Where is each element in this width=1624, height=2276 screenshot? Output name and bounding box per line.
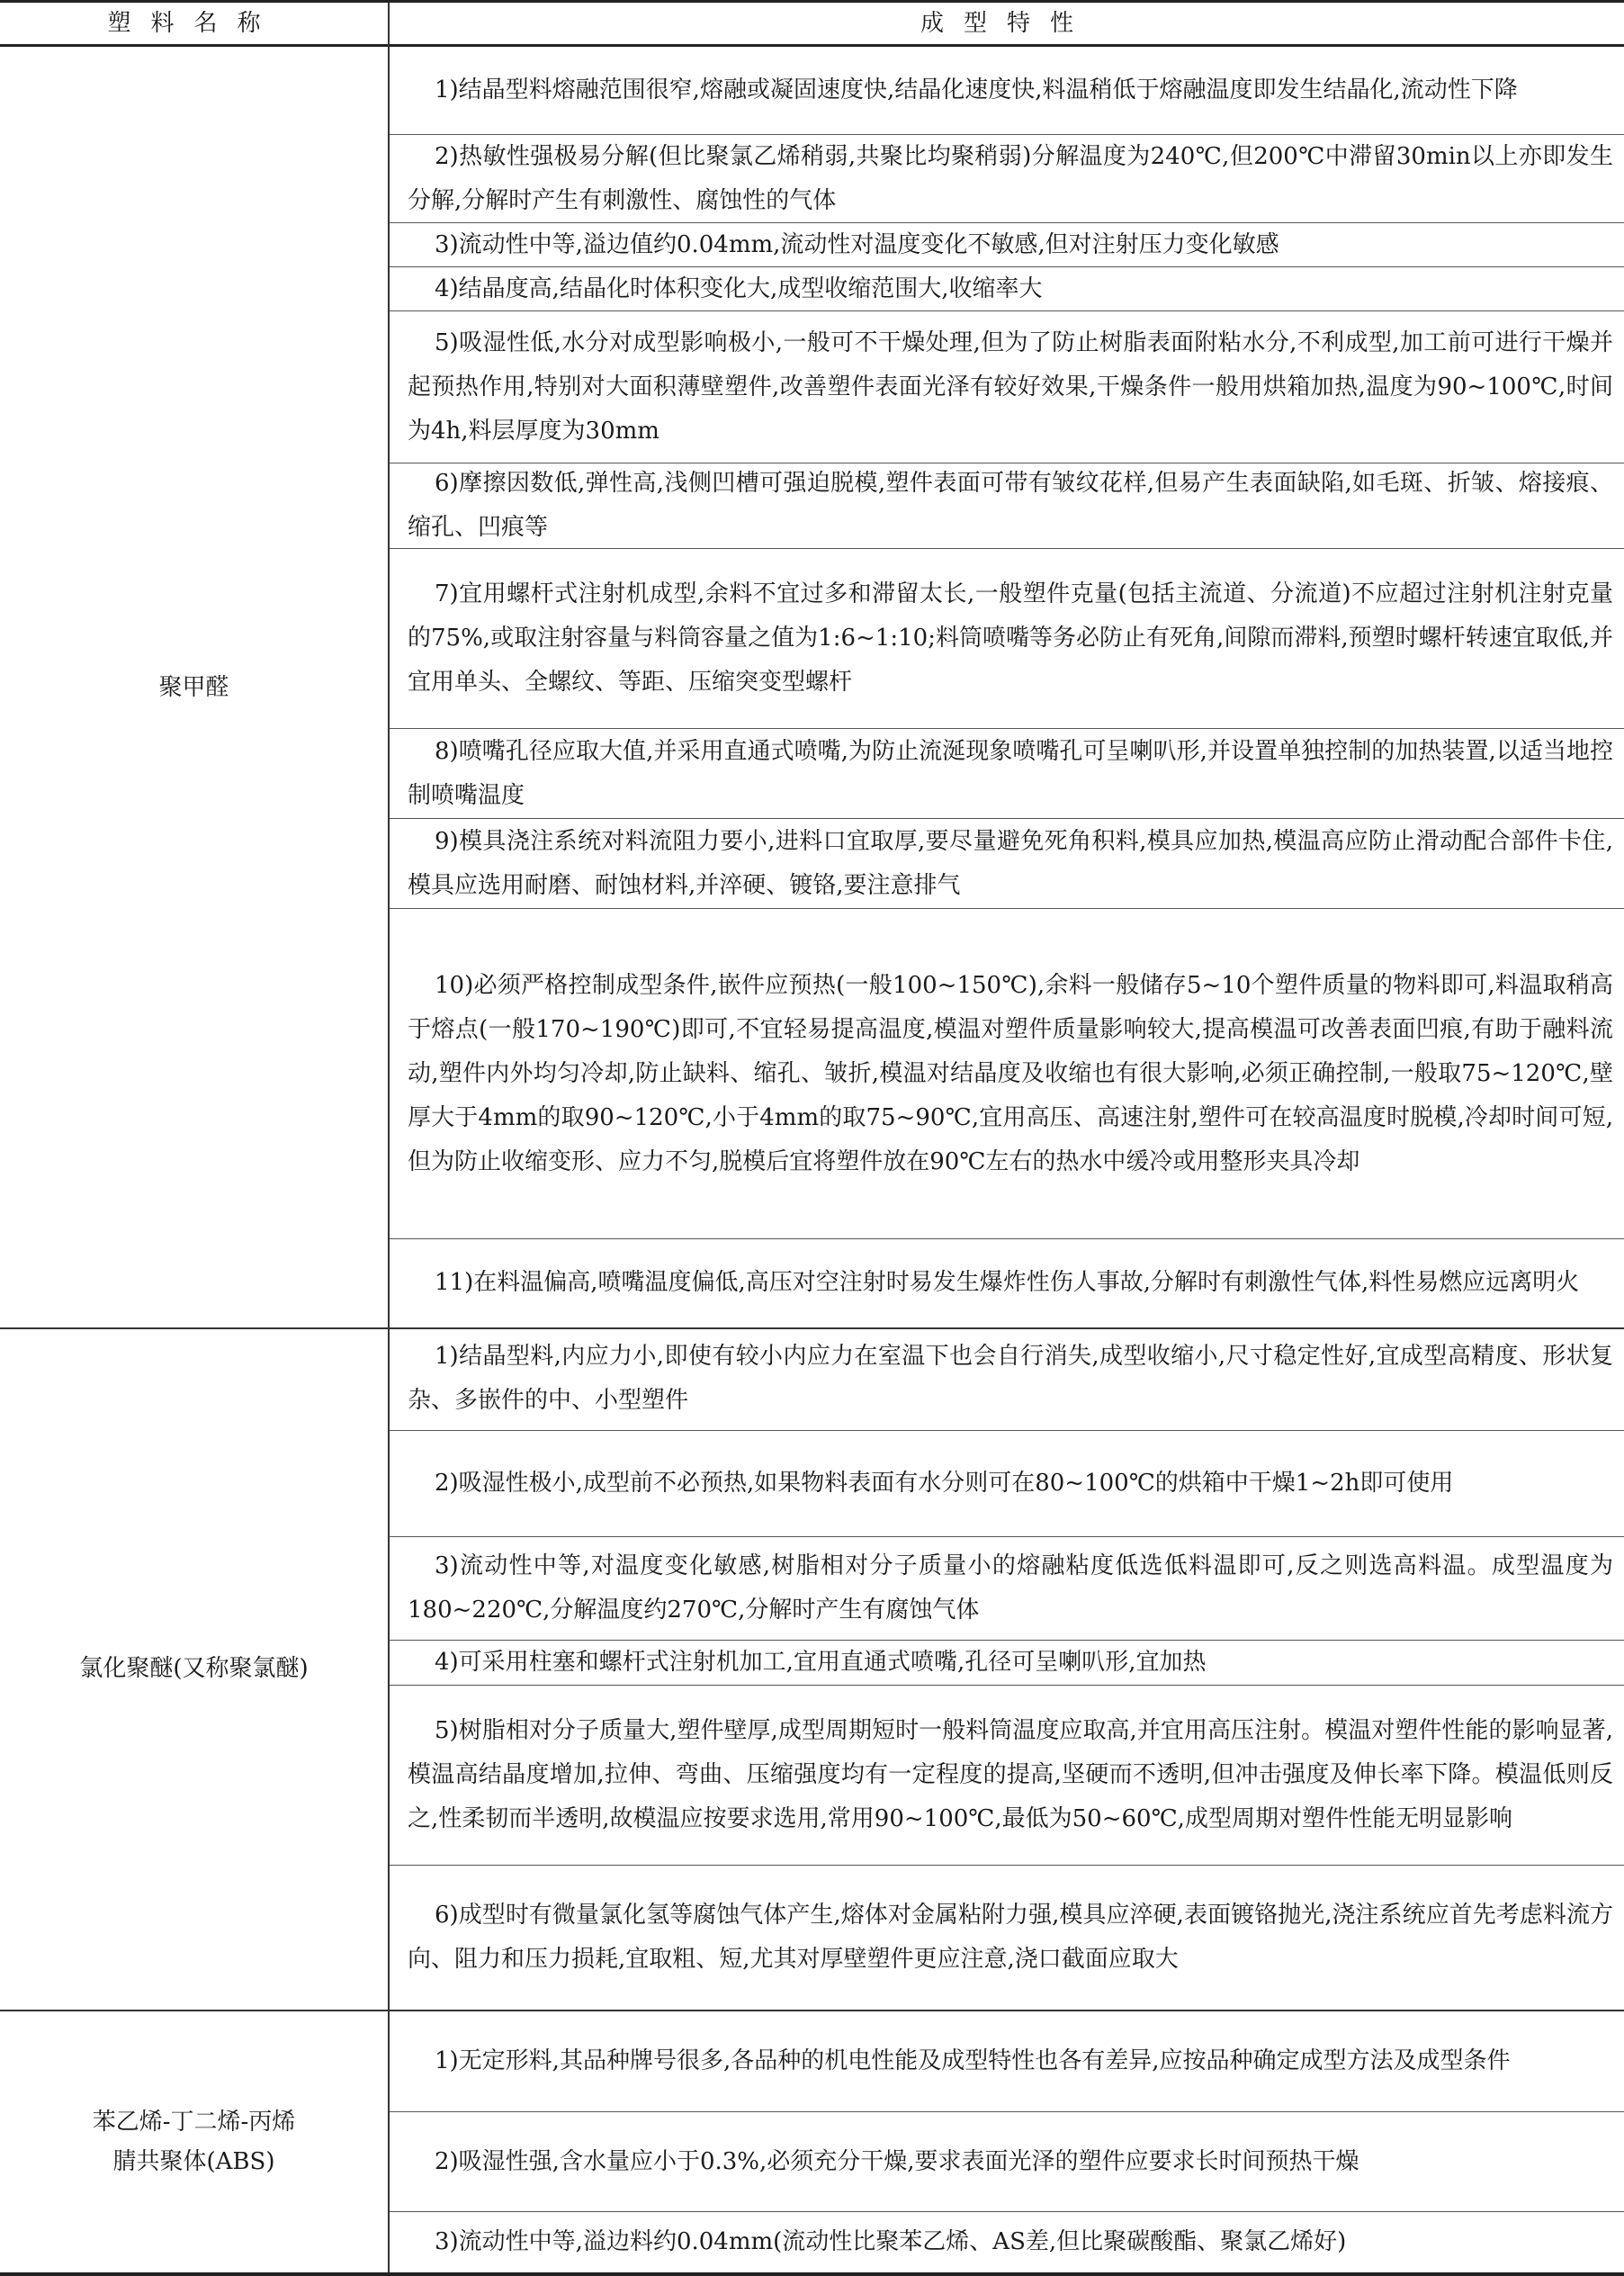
header-molding-properties: 成型特性 (390, 3, 1624, 44)
property-text: 10)必须严格控制成型条件,嵌件应预热(一般100~150℃),余料一般储存5~… (390, 964, 1624, 1184)
table-row: 3)流动性中等,溢边料约0.04mm(流动性比聚苯乙烯、AS差,但比聚碳酸酯、聚… (390, 2212, 1624, 2272)
group-chlorinated-polyether: 氯化聚醚(又称聚氯醚) 1)结晶型料,内应力小,即使有较小内应力在室温下也会自行… (0, 1327, 1624, 2011)
group-polyoxymethylene: 聚甲醛 1)结晶型料熔融范围很窄,熔融或凝固速度快,结晶化速度快,料温稍低于熔融… (0, 47, 1624, 1329)
property-text: 4)可采用柱塞和螺杆式注射机加工,宜用直通式喷嘴,孔径可呈喇叭形,宜加热 (390, 1641, 1624, 1685)
table-row: 10)必须严格控制成型条件,嵌件应预热(一般100~150℃),余料一般储存5~… (390, 909, 1624, 1239)
table-row: 3)流动性中等,对温度变化敏感,树脂相对分子质量小的熔融粘度低选低料温即可,反之… (390, 1537, 1624, 1641)
table-row: 4)可采用柱塞和螺杆式注射机加工,宜用直通式喷嘴,孔径可呈喇叭形,宜加热 (390, 1641, 1624, 1686)
property-text: 2)吸湿性强,含水量应小于0.3%,必须充分干燥,要求表面光泽的塑件应要求长时间… (390, 2140, 1624, 2184)
plastic-name-line-2: 腈共聚体(ABS) (93, 2142, 296, 2182)
table-row: 6)成型时有微量氯化氢等腐蚀气体产生,熔体对金属粘附力强,模具应淬硬,表面镀铬抛… (390, 1866, 1624, 2010)
table-header: 塑料名称 成型特性 (0, 3, 1624, 47)
table-row: 2)吸湿性强,含水量应小于0.3%,必须充分干燥,要求表面光泽的塑件应要求长时间… (390, 2112, 1624, 2212)
property-text: 1)结晶型料,内应力小,即使有较小内应力在室温下也会自行消失,成型收缩小,尺寸稳… (390, 1335, 1624, 1423)
table-row: 6)摩擦因数低,弹性高,浅侧凹槽可强迫脱模,塑件表面可带有皱纹花样,但易产生表面… (390, 463, 1624, 549)
property-text: 3)流动性中等,溢边料约0.04mm(流动性比聚苯乙烯、AS差,但比聚碳酸酯、聚… (390, 2220, 1624, 2264)
group-abs: 苯乙烯-丁二烯-丙烯 腈共聚体(ABS) 1)无定形料,其品种牌号很多,各品种的… (0, 2011, 1624, 2272)
table-row: 8)喷嘴孔径应取大值,并采用直通式喷嘴,为防止流涎现象喷嘴孔可呈喇叭形,并设置单… (390, 729, 1624, 819)
property-text: 2)热敏性强极易分解(但比聚氯乙烯稍弱,共聚比均聚稍弱)分解温度为240℃,但2… (390, 135, 1624, 223)
property-text: 11)在料温偏高,喷嘴温度偏低,高压对空注射时易发生爆炸性伤人事故,分解时有刺激… (390, 1261, 1624, 1305)
property-text: 7)宜用螺杆式注射机成型,余料不宜过多和滞留太长,一般塑件克量(包括主流道、分流… (390, 572, 1624, 705)
property-text: 3)流动性中等,溢边值约0.04mm,流动性对温度变化不敏感,但对注射压力变化敏… (390, 223, 1624, 267)
property-text: 9)模具浇注系统对料流阻力要小,进料口宜取厚,要尽量避免死角积料,模具应加热,模… (390, 820, 1624, 908)
property-text: 2)吸湿性极小,成型前不必预热,如果物料表面有水分则可在80~100℃的烘箱中干… (390, 1462, 1624, 1506)
plastic-name-line-1: 苯乙烯-丁二烯-丙烯 (93, 2102, 296, 2142)
table-row: 7)宜用螺杆式注射机成型,余料不宜过多和滞留太长,一般塑件克量(包括主流道、分流… (390, 549, 1624, 729)
property-text: 5)树脂相对分子质量大,塑件壁厚,成型周期短时一般料筒温度应取高,并宜用高压注射… (390, 1709, 1624, 1841)
table-row: 3)流动性中等,溢边值约0.04mm,流动性对温度变化不敏感,但对注射压力变化敏… (390, 223, 1624, 267)
property-text: 5)吸湿性低,水分对成型影响极小,一般可不干燥处理,但为了防止树脂表面附粘水分,… (390, 321, 1624, 454)
header-plastic-name: 塑料名称 (0, 3, 388, 44)
property-text: 6)成型时有微量氯化氢等腐蚀气体产生,熔体对金属粘附力强,模具应淬硬,表面镀铬抛… (390, 1894, 1624, 1982)
table-row: 5)树脂相对分子质量大,塑件壁厚,成型周期短时一般料筒温度应取高,并宜用高压注射… (390, 1686, 1624, 1866)
table-row: 2)热敏性强极易分解(但比聚氯乙烯稍弱,共聚比均聚稍弱)分解温度为240℃,但2… (390, 135, 1624, 223)
table-row: 1)结晶型料,内应力小,即使有较小内应力在室温下也会自行消失,成型收缩小,尺寸稳… (390, 1327, 1624, 1431)
table-row: 4)结晶度高,结晶化时体积变化大,成型收缩范围大,收缩率大 (390, 267, 1624, 311)
plastic-name-cell: 氯化聚醚(又称聚氯醚) (0, 1327, 388, 2010)
property-text: 4)结晶度高,结晶化时体积变化大,成型收缩范围大,收缩率大 (390, 267, 1624, 311)
plastic-name-cell: 苯乙烯-丁二烯-丙烯 腈共聚体(ABS) (0, 2011, 388, 2272)
plastic-name-cell: 聚甲醛 (0, 47, 388, 1327)
property-text: 6)摩擦因数低,弹性高,浅侧凹槽可强迫脱模,塑件表面可带有皱纹花样,但易产生表面… (390, 462, 1624, 550)
plastics-molding-properties-table: 塑料名称 成型特性 聚甲醛 1)结晶型料熔融范围很窄,熔融或凝固速度快,结晶化速… (0, 0, 1624, 2276)
property-text: 3)流动性中等,对温度变化敏感,树脂相对分子质量小的熔融粘度低选低料温即可,反之… (390, 1544, 1624, 1633)
table-row: 1)无定形料,其品种牌号很多,各品种的机电性能及成型特性也各有差异,应按品种确定… (390, 2011, 1624, 2112)
table-row: 5)吸湿性低,水分对成型影响极小,一般可不干燥处理,但为了防止树脂表面附粘水分,… (390, 311, 1624, 463)
bottom-rule (0, 2272, 1624, 2276)
table-row: 9)模具浇注系统对料流阻力要小,进料口宜取厚,要尽量避免死角积料,模具应加热,模… (390, 819, 1624, 909)
column-divider (388, 3, 390, 2276)
table-row: 11)在料温偏高,喷嘴温度偏低,高压对空注射时易发生爆炸性伤人事故,分解时有刺激… (390, 1239, 1624, 1326)
table-row: 2)吸湿性极小,成型前不必预热,如果物料表面有水分则可在80~100℃的烘箱中干… (390, 1431, 1624, 1537)
property-text: 8)喷嘴孔径应取大值,并采用直通式喷嘴,为防止流涎现象喷嘴孔可呈喇叭形,并设置单… (390, 730, 1624, 818)
property-text: 1)结晶型料熔融范围很窄,熔融或凝固速度快,结晶化速度快,料温稍低于熔融温度即发… (390, 68, 1624, 112)
property-text: 1)无定形料,其品种牌号很多,各品种的机电性能及成型特性也各有差异,应按品种确定… (390, 2039, 1624, 2083)
table-row: 1)结晶型料熔融范围很窄,熔融或凝固速度快,结晶化速度快,料温稍低于熔融温度即发… (390, 47, 1624, 135)
